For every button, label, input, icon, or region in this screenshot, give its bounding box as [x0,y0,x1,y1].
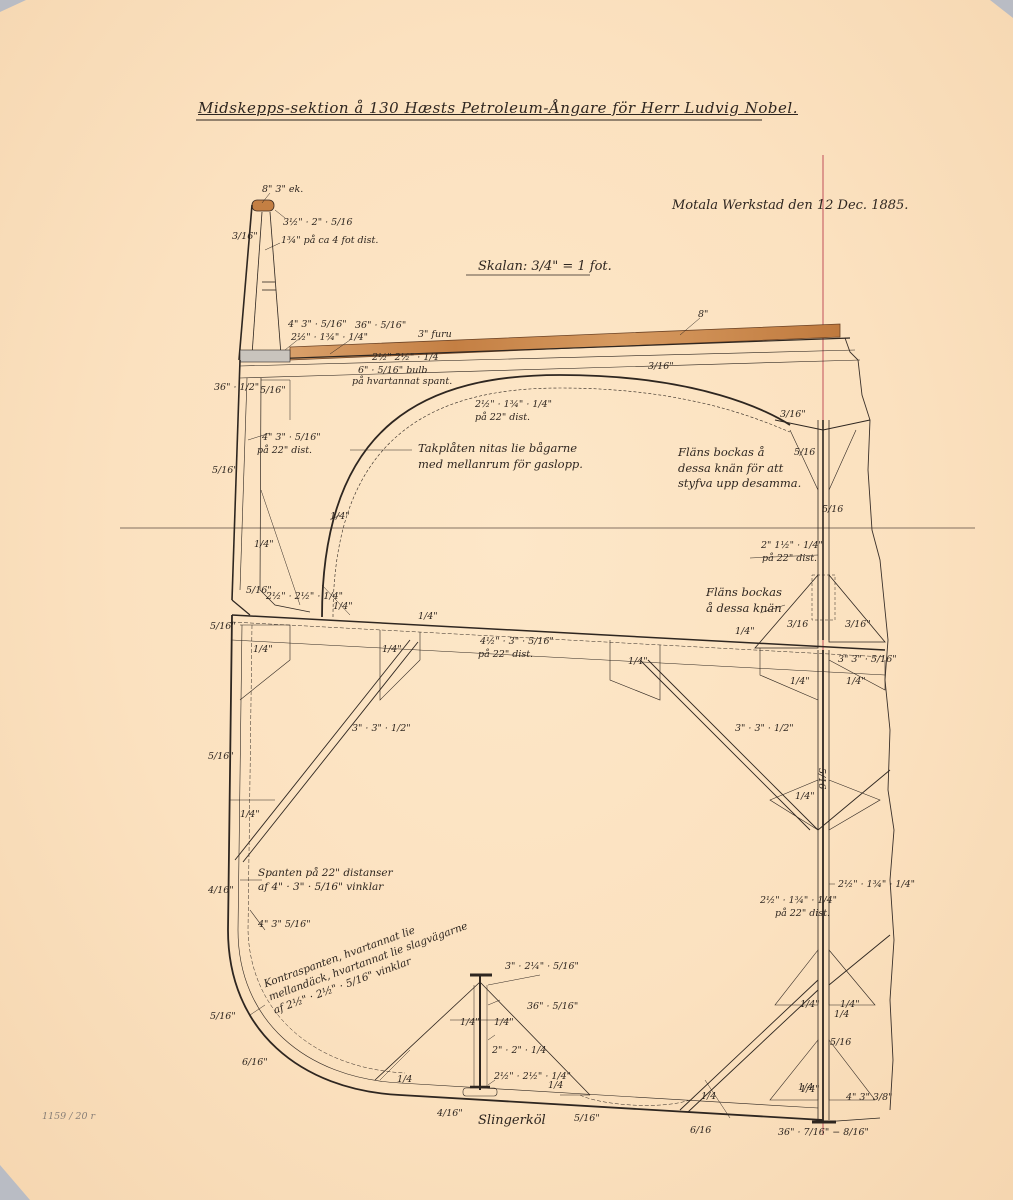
label-lower-bulkhead-plate: 5/16 [817,768,827,789]
label-gunwale-angle: 2½" · 1¾" · 1/4" [291,333,368,343]
label-upper-frame: 4" 3" · 5/16" [262,433,321,443]
label-middeck-side-plate: 5/16" [210,622,236,632]
label-bilge-keel: Slingerköl [478,1114,546,1127]
label-lower-side-bracket: 1/4" [240,810,260,820]
label-beam-angle: 2½" 2½" · 1/4 [372,353,439,363]
label-lower-bulkhead-angle-note: på 22" dist. [775,909,830,919]
break-line [845,338,894,1110]
label-floor-bracket-2: 1/4 [548,1081,563,1091]
label-diag-strut-right: 3" · 3" · 1/2" [735,724,794,734]
label-knee-right: 3/16" [845,620,871,630]
label-bulkhead-angle: 2" 1½" · 1/4" [761,541,823,551]
label-middeck-bracket-3: 1/4" [628,657,648,667]
label-bulwark-plate: 3/16" [232,232,258,242]
label-diag-strut-left: 3" · 3" · 1/2" [352,724,411,734]
label-dome-angle-note: på 22" dist. [475,413,530,423]
label-plank-thickness: 8" [698,310,708,320]
label-upper-frame-note: på 22" dist. [257,446,312,456]
label-bulkhead-angle-note: på 22" dist. [762,554,817,564]
label-pillar-top: 3" · 2¼" · 5/16" [505,962,579,972]
label-floor-bracket-5: 1/4 [834,1010,849,1020]
label-bilge-plate: 5/16" [210,1012,236,1022]
label-dome-angle: 2½" · 1¾" · 1/4" [475,400,552,410]
label-knee-deck: 1/4" [735,627,755,637]
note-dome-roof: Takplåten nitas lie bågarne med mellanru… [418,441,583,472]
label-centre-angle: 3" 3" · 5/16" [838,655,897,665]
label-upper-bracket: 1/4" [254,540,274,550]
drawing-title: Midskepps-sektion å 130 Hæsts Petroleum-… [198,101,798,116]
label-middeck-bracket-2: 1/4" [382,645,402,655]
label-middeck-beam-note: på 22" dist. [478,650,533,660]
label-pillar-plate: 36" · 5/16" [527,1002,578,1012]
label-pillar-knee-right: 1/4" [494,1018,514,1028]
label-shell-2: 5/16" [574,1114,600,1124]
label-floor-bracket-4: 1/4 [798,1083,813,1093]
label-outside-angle: 2½" · 1¾" · 1/4" [838,880,915,890]
label-beam-bulb: 6" · 5/16" bulb [358,366,428,376]
label-lower-side-plate-2: 4/16" [208,886,234,896]
label-bilge-angle: 2½" · 2½" · 1/4" [266,592,343,602]
label-lower-bulkhead-angle: 2½" · 1¾" · 1/4" [760,896,837,906]
label-upper-bulkhead-plate: 5/16 [822,505,843,515]
label-planking: 3" furu [418,330,452,340]
label-upper-side-plate: 5/16" [212,466,238,476]
label-lower-side-plate: 5/16" [208,752,234,762]
note-frames: Spanten på 22" distanser af 4" · 3" · 5/… [258,866,393,894]
label-lower-plate: 5/16 [830,1038,851,1048]
label-keel-angle: 4" 3" 3/8" [846,1093,893,1103]
label-middeck-deck-plate: 1/4" [418,612,438,622]
label-dome-top-plate: 3/16" [648,362,674,372]
workshop-date: Motala Werkstad den 12 Dec. 1885. [672,199,908,212]
label-dome-plate: 1/4" [330,512,350,522]
label-knee-left: 3/16 [787,620,808,630]
label-middeck-bracket-1: 1/4" [253,645,273,655]
label-pillar-knee-left: 1/4" [460,1018,480,1028]
label-stanchion: 1¾" på ca 4 fot dist. [281,236,378,246]
label-bulkhead-bracket-1: 1/4" [795,792,815,802]
label-shell-3: 6/16" [242,1058,268,1068]
label-middeck-bracket-4: 1/4" [790,677,810,687]
label-pillar-angle: 2" · 2" · 1/4 [492,1046,546,1056]
label-floor-bracket-3: 1/4 [701,1092,716,1102]
label-rail-angle: 3½" · 2" · 5/16 [283,218,353,228]
label-corner-plate: 3/16" [780,410,806,420]
label-middeck-beam-angle: 4½" · 3" · 5/16" [480,637,554,647]
label-shell-4: 6/16 [690,1126,711,1136]
label-shell-1: 4/16" [437,1109,463,1119]
label-beam-bulb-note: på hvartannat spant. [352,377,452,387]
label-rail-top: 8" 3" ek. [262,185,303,195]
label-floor-bracket-1: 1/4 [397,1075,412,1085]
archive-pencil-note: 1159 / 20 r [42,1112,95,1122]
label-sheer-side: 36" · 1/2" [214,383,259,393]
label-reverse-frame: 4" 3" 5/16" [258,920,311,930]
scale-label: Skalan: 3/4" = 1 fot. [478,260,612,273]
note-flange-knees: Fläns bockas å dessa knän för att styfva… [678,445,801,492]
note-flange-knees-2: Fläns bockas å dessa knän [706,585,782,616]
label-dome-knee: 1/4" [333,602,353,612]
label-bulkhead-bracket-2: 1/4" [800,1000,820,1010]
label-deck-stringer-angle: 4" 3" · 5/16" [288,320,347,330]
label-stringer-plate: 36" · 5/16" [355,321,406,331]
label-keel-plate: 36" · 7/16" − 8/16" [778,1128,869,1138]
label-knee-plate: 5/16" [260,386,286,396]
label-middeck-bracket-5: 1/4" [846,677,866,687]
